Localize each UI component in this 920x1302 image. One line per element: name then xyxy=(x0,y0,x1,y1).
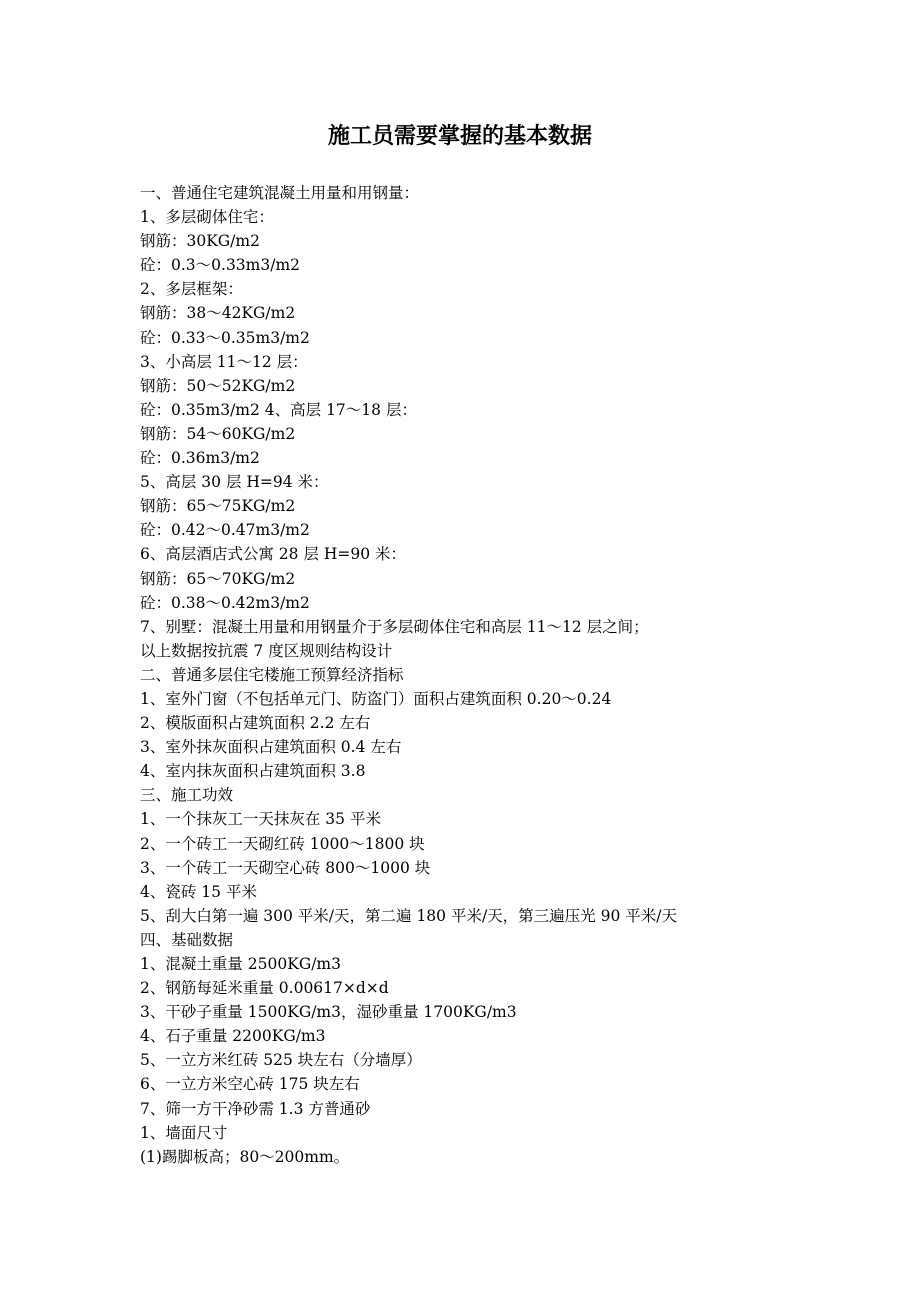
text-line: 5、一立方米红砖 525 块左右（分墙厚） xyxy=(140,1048,820,1072)
text-line: 1、混凝土重量 2500KG/m3 xyxy=(140,952,820,976)
text-line: 砼：0.36m3/m2 xyxy=(140,446,820,470)
text-line: 2、模版面积占建筑面积 2.2 左右 xyxy=(140,711,820,735)
text-line: 砼：0.38～0.42m3/m2 xyxy=(140,591,820,615)
text-line: 钢筋：54～60KG/m2 xyxy=(140,422,820,446)
text-line: 3、小高层 11～12 层： xyxy=(140,350,820,374)
text-line: (1)踢脚板高；80～200mm。 xyxy=(140,1145,820,1169)
text-line: 3、一个砖工一天砌空心砖 800～1000 块 xyxy=(140,856,820,880)
text-line: 2、一个砖工一天砌红砖 1000～1800 块 xyxy=(140,832,820,856)
text-line: 钢筋：38～42KG/m2 xyxy=(140,301,820,325)
text-line: 1、多层砌体住宅： xyxy=(140,205,820,229)
text-line: 4、室内抹灰面积占建筑面积 3.8 xyxy=(140,759,820,783)
text-line: 钢筋：30KG/m2 xyxy=(140,229,820,253)
text-line: 砼：0.35m3/m2 4、高层 17～18 层： xyxy=(140,398,820,422)
text-line: 砼：0.3～0.33m3/m2 xyxy=(140,253,820,277)
text-line: 3、室外抹灰面积占建筑面积 0.4 左右 xyxy=(140,735,820,759)
text-line: 砼：0.42～0.47m3/m2 xyxy=(140,518,820,542)
text-line: 砼：0.33～0.35m3/m2 xyxy=(140,326,820,350)
text-line: 6、高层酒店式公寓 28 层 H=90 米： xyxy=(140,542,820,566)
text-line: 3、干砂子重量 1500KG/m3，湿砂重量 1700KG/m3 xyxy=(140,1000,820,1024)
section-heading-3: 三、施工功效 xyxy=(140,783,820,807)
text-line: 4、石子重量 2200KG/m3 xyxy=(140,1024,820,1048)
text-line: 6、一立方米空心砖 175 块左右 xyxy=(140,1072,820,1096)
document-body: 一、普通住宅建筑混凝土用量和用钢量： 1、多层砌体住宅： 钢筋：30KG/m2 … xyxy=(140,181,820,1169)
text-line: 5、刮大白第一遍 300 平米/天，第二遍 180 平米/天，第三遍压光 90 … xyxy=(140,904,820,928)
document-page: 施工员需要掌握的基本数据 一、普通住宅建筑混凝土用量和用钢量： 1、多层砌体住宅… xyxy=(0,0,920,1302)
text-line: 2、钢筋每延米重量 0.00617×d×d xyxy=(140,976,820,1000)
text-line: 钢筋：65～75KG/m2 xyxy=(140,494,820,518)
text-line: 钢筋：50～52KG/m2 xyxy=(140,374,820,398)
section-heading-4: 四、基础数据 xyxy=(140,928,820,952)
text-line: 1、墙面尺寸 xyxy=(140,1121,820,1145)
text-line: 钢筋：65～70KG/m2 xyxy=(140,567,820,591)
text-line: 7、筛一方干净砂需 1.3 方普通砂 xyxy=(140,1097,820,1121)
text-line: 以上数据按抗震 7 度区规则结构设计 xyxy=(140,639,820,663)
text-line: 1、室外门窗（不包括单元门、防盗门）面积占建筑面积 0.20～0.24 xyxy=(140,687,820,711)
section-heading-1: 一、普通住宅建筑混凝土用量和用钢量： xyxy=(140,181,820,205)
text-line: 2、多层框架： xyxy=(140,277,820,301)
text-line: 1、一个抹灰工一天抹灰在 35 平米 xyxy=(140,807,820,831)
text-line: 7、别墅：混凝土用量和用钢量介于多层砌体住宅和高层 11～12 层之间； xyxy=(140,615,820,639)
text-line: 5、高层 30 层 H=94 米： xyxy=(140,470,820,494)
section-heading-2: 二、普通多层住宅楼施工预算经济指标 xyxy=(140,663,820,687)
document-title: 施工员需要掌握的基本数据 xyxy=(0,121,920,153)
text-line: 4、瓷砖 15 平米 xyxy=(140,880,820,904)
